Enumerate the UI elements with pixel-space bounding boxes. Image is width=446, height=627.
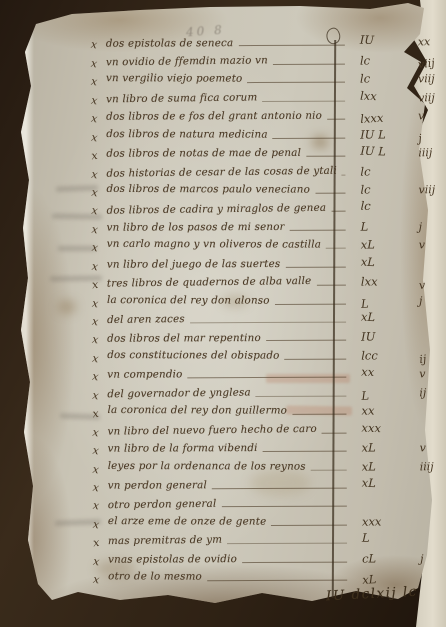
entry-price-roman-numeral: lcc	[357, 348, 417, 362]
inventory-entry-row: x del aren zaces xL	[92, 307, 432, 327]
entry-check-mark: x	[90, 75, 107, 90]
entry-price-fraction-numeral: viij	[416, 72, 446, 85]
entry-title-text: vnas epistolas de ovidio	[108, 553, 237, 566]
entry-price-roman-numeral: xL	[358, 475, 418, 491]
entry-title-text: vn libro de la forma vibendi	[108, 442, 258, 456]
entry-price-fraction-numeral: j	[416, 128, 446, 145]
entry-price-roman-numeral: L	[357, 293, 418, 310]
entry-price-roman-numeral: IU L	[356, 127, 416, 141]
entry-check-mark: x	[92, 462, 109, 477]
entry-rule-leader	[285, 359, 347, 360]
entry-title-text: del aren zaces	[107, 313, 185, 327]
entry-check-mark: x	[92, 554, 109, 569]
entry-title-text: vn compendio	[107, 369, 182, 382]
inventory-entry-row: x la coronica del rey don alonso L j	[92, 288, 432, 308]
entry-price-roman-numeral: xx	[357, 404, 417, 418]
entry-check-mark: x	[90, 57, 107, 72]
entry-price-fraction-numeral: v	[416, 109, 446, 122]
entry-rule-leader	[238, 45, 344, 46]
entry-title-text: dos historias de cesar de las cosas de y…	[106, 164, 336, 180]
entry-price-roman-numeral: xL	[358, 440, 418, 454]
entry-title-text: tres libros de quadernos de alba valle	[107, 275, 312, 291]
entry-price-roman-numeral: lc	[356, 72, 416, 86]
entry-price-roman-numeral: lc	[356, 164, 416, 178]
entry-title-text: dos libros de e fos del grant antonio ni…	[106, 110, 322, 124]
entry-rule-leader	[285, 266, 345, 267]
entry-check-mark: x	[91, 315, 108, 330]
inventory-entry-row: x dos libros de e fos del grant antonio …	[91, 104, 431, 124]
entry-price-roman-numeral: IU	[356, 33, 416, 49]
inventory-entry-row: x dos historias de cesar de las cosas de…	[91, 159, 431, 179]
entry-price-fraction-numeral: v	[417, 238, 446, 251]
entry-price-fraction-numeral: j	[418, 552, 446, 565]
entry-check-mark: x	[92, 406, 108, 421]
entry-title-text: del governador de ynglesa	[107, 386, 251, 401]
inventory-entry-row: x vn ovidio de ffemdin mazio vn lc viij	[91, 49, 431, 69]
entry-title-text: dos constituciones del obispado	[107, 349, 279, 362]
entry-check-mark: x	[92, 444, 109, 459]
entry-rule-leader	[292, 414, 346, 415]
inventory-entry-row: x vn libro del juego de las suertes xL	[92, 252, 432, 272]
inventory-entry-row: x leyes por la ordenanca de los reynos x…	[93, 454, 433, 474]
entry-price-roman-numeral: IU	[357, 330, 417, 344]
inventory-entry-row: x vn perdon general xL	[93, 473, 433, 493]
entry-price-fraction-numeral: ij	[417, 386, 446, 399]
entry-price-roman-numeral: IU L	[356, 144, 416, 160]
entry-title-text: dos libros de marcos paulo veneciano	[106, 183, 310, 197]
entry-price-roman-numeral: lc	[356, 199, 416, 215]
ink-stain	[58, 300, 76, 314]
entry-price-fraction-numeral: ij	[417, 349, 446, 366]
inventory-entry-row: x otro perdon general	[93, 491, 433, 511]
entry-price-fraction-numeral: v	[417, 367, 446, 380]
entry-list: x dos epistolas de seneca IU xx x vn ovi…	[91, 30, 433, 585]
entry-price-roman-numeral: xxx	[358, 514, 418, 528]
entry-check-mark: x	[91, 296, 108, 311]
page-total-value: IU dclxij lc	[326, 584, 419, 605]
entry-check-mark: x	[91, 148, 107, 163]
entry-title-text: dos libros del mar repentino	[107, 332, 261, 346]
inventory-entry-row: x dos libros de natura medicina IU L j	[91, 122, 431, 142]
entry-rule-leader	[227, 543, 347, 545]
entry-rule-leader	[207, 580, 347, 582]
inventory-entry-row: x del governador de ynglesa L ij	[92, 381, 432, 401]
entry-rule-leader	[306, 156, 345, 157]
entry-price-roman-numeral: lc	[356, 182, 416, 196]
entry-price-roman-numeral: xL	[358, 459, 418, 473]
inventory-entry-row: x dos libros de notas de mae de penal IU…	[91, 141, 431, 161]
inventory-entry-row: x vn compendio xx v	[92, 362, 432, 382]
entry-rule-leader	[311, 469, 347, 470]
inventory-entry-row: x vn libro de suma fica corum lxx viij	[91, 86, 431, 106]
entry-title-text: vn carlo magno y vn oliveros de castilla	[107, 238, 321, 252]
entry-price-roman-numeral: cL	[358, 551, 418, 565]
entry-check-mark: x	[92, 499, 109, 514]
inventory-entry-row: x mas premitras de ym L	[93, 528, 433, 548]
entry-price-roman-numeral: xL	[357, 254, 417, 270]
entry-title-text: dos libros de natura medicina	[106, 128, 267, 141]
inventory-entry-row: x dos constituciones del obispado lcc ij	[92, 344, 432, 364]
inventory-entry-row: x otro de lo mesmo xL	[93, 565, 433, 585]
entry-check-mark: x	[91, 277, 107, 292]
entry-price-roman-numeral: xx	[357, 365, 417, 381]
entry-rule-leader	[315, 193, 345, 194]
entry-title-text: mas premitras de ym	[108, 534, 222, 548]
entry-check-mark: x	[91, 333, 108, 348]
entry-rule-leader	[316, 285, 345, 286]
entry-check-mark: x	[91, 223, 108, 238]
entry-price-roman-numeral: lxx	[357, 274, 417, 288]
entry-title-text: dos libros de notas de mae de penal	[106, 147, 301, 161]
entry-rule-leader	[188, 377, 347, 379]
entry-rule-leader	[262, 100, 345, 101]
inventory-entry-row: x vn libro del nuevo fuero hecho de caro…	[92, 417, 432, 437]
entry-price-fraction-numeral: v	[418, 441, 446, 454]
entry-check-mark: x	[91, 204, 108, 219]
entry-check-mark: x	[92, 425, 109, 440]
inventory-entry-row: x vn libro de la forma vibendi xL v	[93, 436, 433, 456]
entry-price-fraction-numeral: viij	[416, 183, 446, 196]
entry-title-text: la coronica del rey don guillermo	[107, 404, 287, 417]
inventory-entry-row: x vn carlo magno y vn oliveros de castil…	[92, 233, 432, 253]
inventory-entry-row: x vn vergilio viejo poemeto lc viij	[91, 67, 431, 87]
entry-price-fraction-numeral: xx	[416, 36, 446, 49]
entry-check-mark: x	[91, 352, 108, 367]
entry-check-mark: x	[92, 389, 109, 404]
inventory-entry-row: x tres libros de quadernos de alba valle…	[92, 270, 432, 290]
entry-check-mark: x	[92, 481, 109, 496]
entry-price-roman-numeral: L	[358, 531, 418, 547]
entry-title-text: la coronica del rey don alonso	[107, 294, 270, 307]
entry-price-roman-numeral: L	[357, 219, 417, 233]
entry-price-fraction-numeral: viij	[415, 54, 446, 71]
entry-check-mark: x	[92, 518, 109, 533]
inventory-entry-row: x dos epistolas de seneca IU xx	[91, 30, 431, 50]
inventory-entry-row: x dos libros de marcos paulo veneciano l…	[91, 178, 431, 198]
inventory-entry-row: x vn libro de los pasos de mi senor L j	[92, 215, 432, 235]
entry-price-fraction-numeral: iiij	[416, 146, 446, 159]
entry-price-fraction-numeral: j	[417, 220, 446, 233]
entry-check-mark: x	[90, 130, 107, 145]
entry-price-fraction-numeral: iiij	[418, 460, 446, 473]
entry-check-mark: x	[91, 259, 108, 274]
inventory-entry-row: x dos libros del mar repentino IU	[92, 325, 432, 345]
entry-price-roman-numeral: xL	[357, 238, 417, 252]
entry-check-mark: x	[91, 241, 108, 256]
inventory-entry-row: x dos libros de cadira y miraglos de gen…	[92, 196, 432, 216]
entry-price-roman-numeral: lxx	[356, 88, 416, 104]
entry-title-text: vn ovidio de ffemdin mazio vn	[106, 54, 268, 69]
manuscript-photo: 40 8 x dos epistolas de seneca IU xx x v…	[0, 0, 446, 627]
inventory-entry-row: x el arze eme de onze de gente xxx	[93, 510, 433, 530]
entry-title-text: vn libro de suma fica corum	[106, 91, 257, 106]
entry-check-mark: x	[91, 186, 108, 201]
entry-rule-leader	[247, 82, 345, 83]
entry-rule-leader	[326, 248, 346, 249]
entry-title-text: dos libros de cadira y miraglos de genea	[106, 201, 326, 217]
entry-title-text: otro de lo mesmo	[108, 571, 202, 584]
entry-title-text: otro perdon general	[108, 497, 217, 511]
entry-title-text: leyes por la ordenanca de los reynos	[108, 460, 306, 474]
entry-check-mark: x	[90, 112, 107, 127]
entry-rule-leader	[212, 488, 347, 490]
entry-rule-leader	[221, 506, 346, 508]
entry-title-text: vn libro del juego de las suertes	[107, 258, 281, 272]
entry-rule-leader	[275, 303, 346, 304]
entry-price-roman-numeral: xxx	[357, 420, 417, 436]
entry-price-fraction-numeral: j	[417, 294, 446, 307]
entry-title-text: vn vergilio viejo poemeto	[106, 73, 242, 86]
inventory-entry-row: x la coronica del rey don guillermo xx	[92, 399, 432, 419]
entry-price-fraction-numeral: viij	[416, 91, 446, 104]
entry-check-mark: x	[92, 573, 109, 588]
entry-check-mark: x	[90, 94, 107, 109]
entry-title-text: vn libro del nuevo fuero hecho de caro	[107, 423, 316, 439]
entry-rule-leader	[290, 229, 346, 230]
entry-title-text: vn perdon general	[108, 479, 207, 492]
entry-rule-leader	[190, 322, 346, 324]
entry-title-text: vn libro de los pasos de mi senor	[107, 221, 285, 235]
entry-title-text: el arze eme de onze de gente	[108, 515, 266, 528]
entry-check-mark: x	[92, 535, 108, 550]
entry-rule-leader	[341, 174, 345, 175]
entry-check-mark: x	[90, 38, 107, 53]
inventory-entry-row: x vnas epistolas de ovidio cL j	[93, 547, 433, 567]
entry-rule-leader	[322, 432, 347, 433]
entry-price-roman-numeral: xL	[357, 310, 417, 326]
entry-rule-leader	[327, 119, 345, 120]
entry-check-mark: x	[91, 370, 108, 385]
entry-rule-leader	[271, 524, 347, 525]
entry-price-roman-numeral: lc	[356, 53, 416, 67]
entry-title-text: dos epistolas de seneca	[106, 37, 234, 50]
entry-check-mark: x	[91, 167, 108, 182]
